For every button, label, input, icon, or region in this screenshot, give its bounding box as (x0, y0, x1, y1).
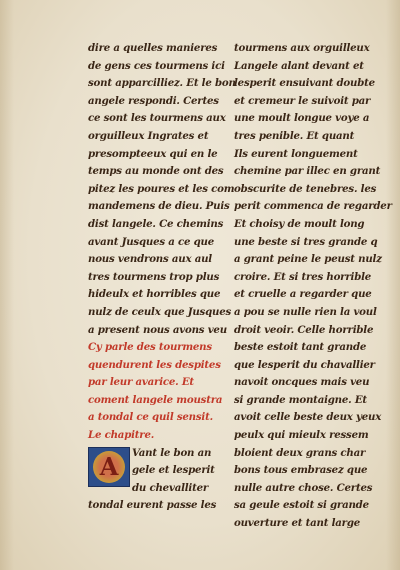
text-line: ce sont les tourmens aux (88, 110, 236, 128)
text-line: nulle autre chose. Certes (234, 480, 382, 498)
text-line: et cruelle a regarder que (234, 286, 382, 304)
initial-letter: A (93, 451, 125, 483)
text-line: pitez les poures et les com (88, 181, 236, 199)
chapter-rubric: Cy parle des tourmensquendurent les desp… (88, 339, 236, 445)
text-line: lesperit ensuivant doubte (234, 75, 382, 93)
page-edge-right (386, 0, 400, 570)
text-line: a present nous avons veu (88, 322, 236, 340)
text-line: obscurite de tenebres. les (234, 181, 382, 199)
text-line: Et choisy de moult long (234, 216, 382, 234)
text-line: dist langele. Ce chemins (88, 216, 236, 234)
illuminated-initial: A (88, 447, 130, 487)
page-edge-left (0, 0, 14, 570)
text-line: tres tourmens trop plus (88, 269, 236, 287)
text-line: nulz de ceulx que Jusques (88, 304, 236, 322)
text-line: sa geule estoit si grande (234, 497, 382, 515)
text-line: par leur avarice. Et (88, 374, 236, 392)
text-line: droit veoir. Celle horrible (234, 322, 382, 340)
text-line: a pou se nulle rien la voul (234, 304, 382, 322)
text-line: croire. Et si tres horrible (234, 269, 382, 287)
text-line: si grande montaigne. Et (234, 392, 382, 410)
manuscript-page: dire a quelles manieresde gens ces tourm… (0, 0, 400, 570)
text-line: temps au monde ont des (88, 163, 236, 181)
text-line: bloient deux grans char (234, 445, 382, 463)
text-line: de gens ces tourmens ici (88, 58, 236, 76)
text-line: tourmens aux orguilleux (234, 40, 382, 58)
text-line: que lesperit du chavallier (234, 357, 382, 375)
text-line: nous vendrons aux aul (88, 251, 236, 269)
text-line: beste estoit tant grande (234, 339, 382, 357)
text-line: bons tous embrasez que (234, 462, 382, 480)
text-line: dire a quelles manieres (88, 40, 236, 58)
text-line: peulx qui mieulx ressem (234, 427, 382, 445)
text-line: hideulx et horribles que (88, 286, 236, 304)
text-line: ouverture et tant large (234, 515, 382, 533)
text-line: angele respondi. Certes (88, 93, 236, 111)
text-line: presompteeux qui en le (88, 146, 236, 164)
right-text-column: tourmens aux orguilleuxLangele alant dev… (234, 40, 382, 533)
text-line: perit commenca de regarder (234, 198, 382, 216)
text-line: Le chapitre. (88, 427, 236, 445)
left-text-column: dire a quelles manieresde gens ces tourm… (88, 40, 236, 515)
illuminated-initial-block: A Vant le bon angele et lesperitdu cheva… (88, 445, 236, 515)
right-column-text: tourmens aux orguilleuxLangele alant dev… (234, 40, 382, 533)
text-line: avant Jusques a ce que (88, 234, 236, 252)
text-line: orguilleux Ingrates et (88, 128, 236, 146)
left-column-top-text: dire a quelles manieresde gens ces tourm… (88, 40, 236, 339)
text-line: avoit celle beste deux yeux (234, 409, 382, 427)
text-line: quendurent les despites (88, 357, 236, 375)
text-line: mandemens de dieu. Puis (88, 198, 236, 216)
text-line: Cy parle des tourmens (88, 339, 236, 357)
text-line: tondal eurent passe les (88, 497, 236, 515)
text-line: une beste si tres grande q (234, 234, 382, 252)
text-line: et cremeur le suivoit par (234, 93, 382, 111)
text-line: sont apparcilliez. Et le bon (88, 75, 236, 93)
text-line: a tondal ce quil sensit. (88, 409, 236, 427)
text-line: chemine par illec en grant (234, 163, 382, 181)
text-line: tres penible. Et quant (234, 128, 382, 146)
text-line: une moult longue voye a (234, 110, 382, 128)
text-line: Langele alant devant et (234, 58, 382, 76)
text-line: navoit oncques mais veu (234, 374, 382, 392)
text-line: a grant peine le peust nulz (234, 251, 382, 269)
text-line: coment langele moustra (88, 392, 236, 410)
text-line: Ils eurent longuement (234, 146, 382, 164)
